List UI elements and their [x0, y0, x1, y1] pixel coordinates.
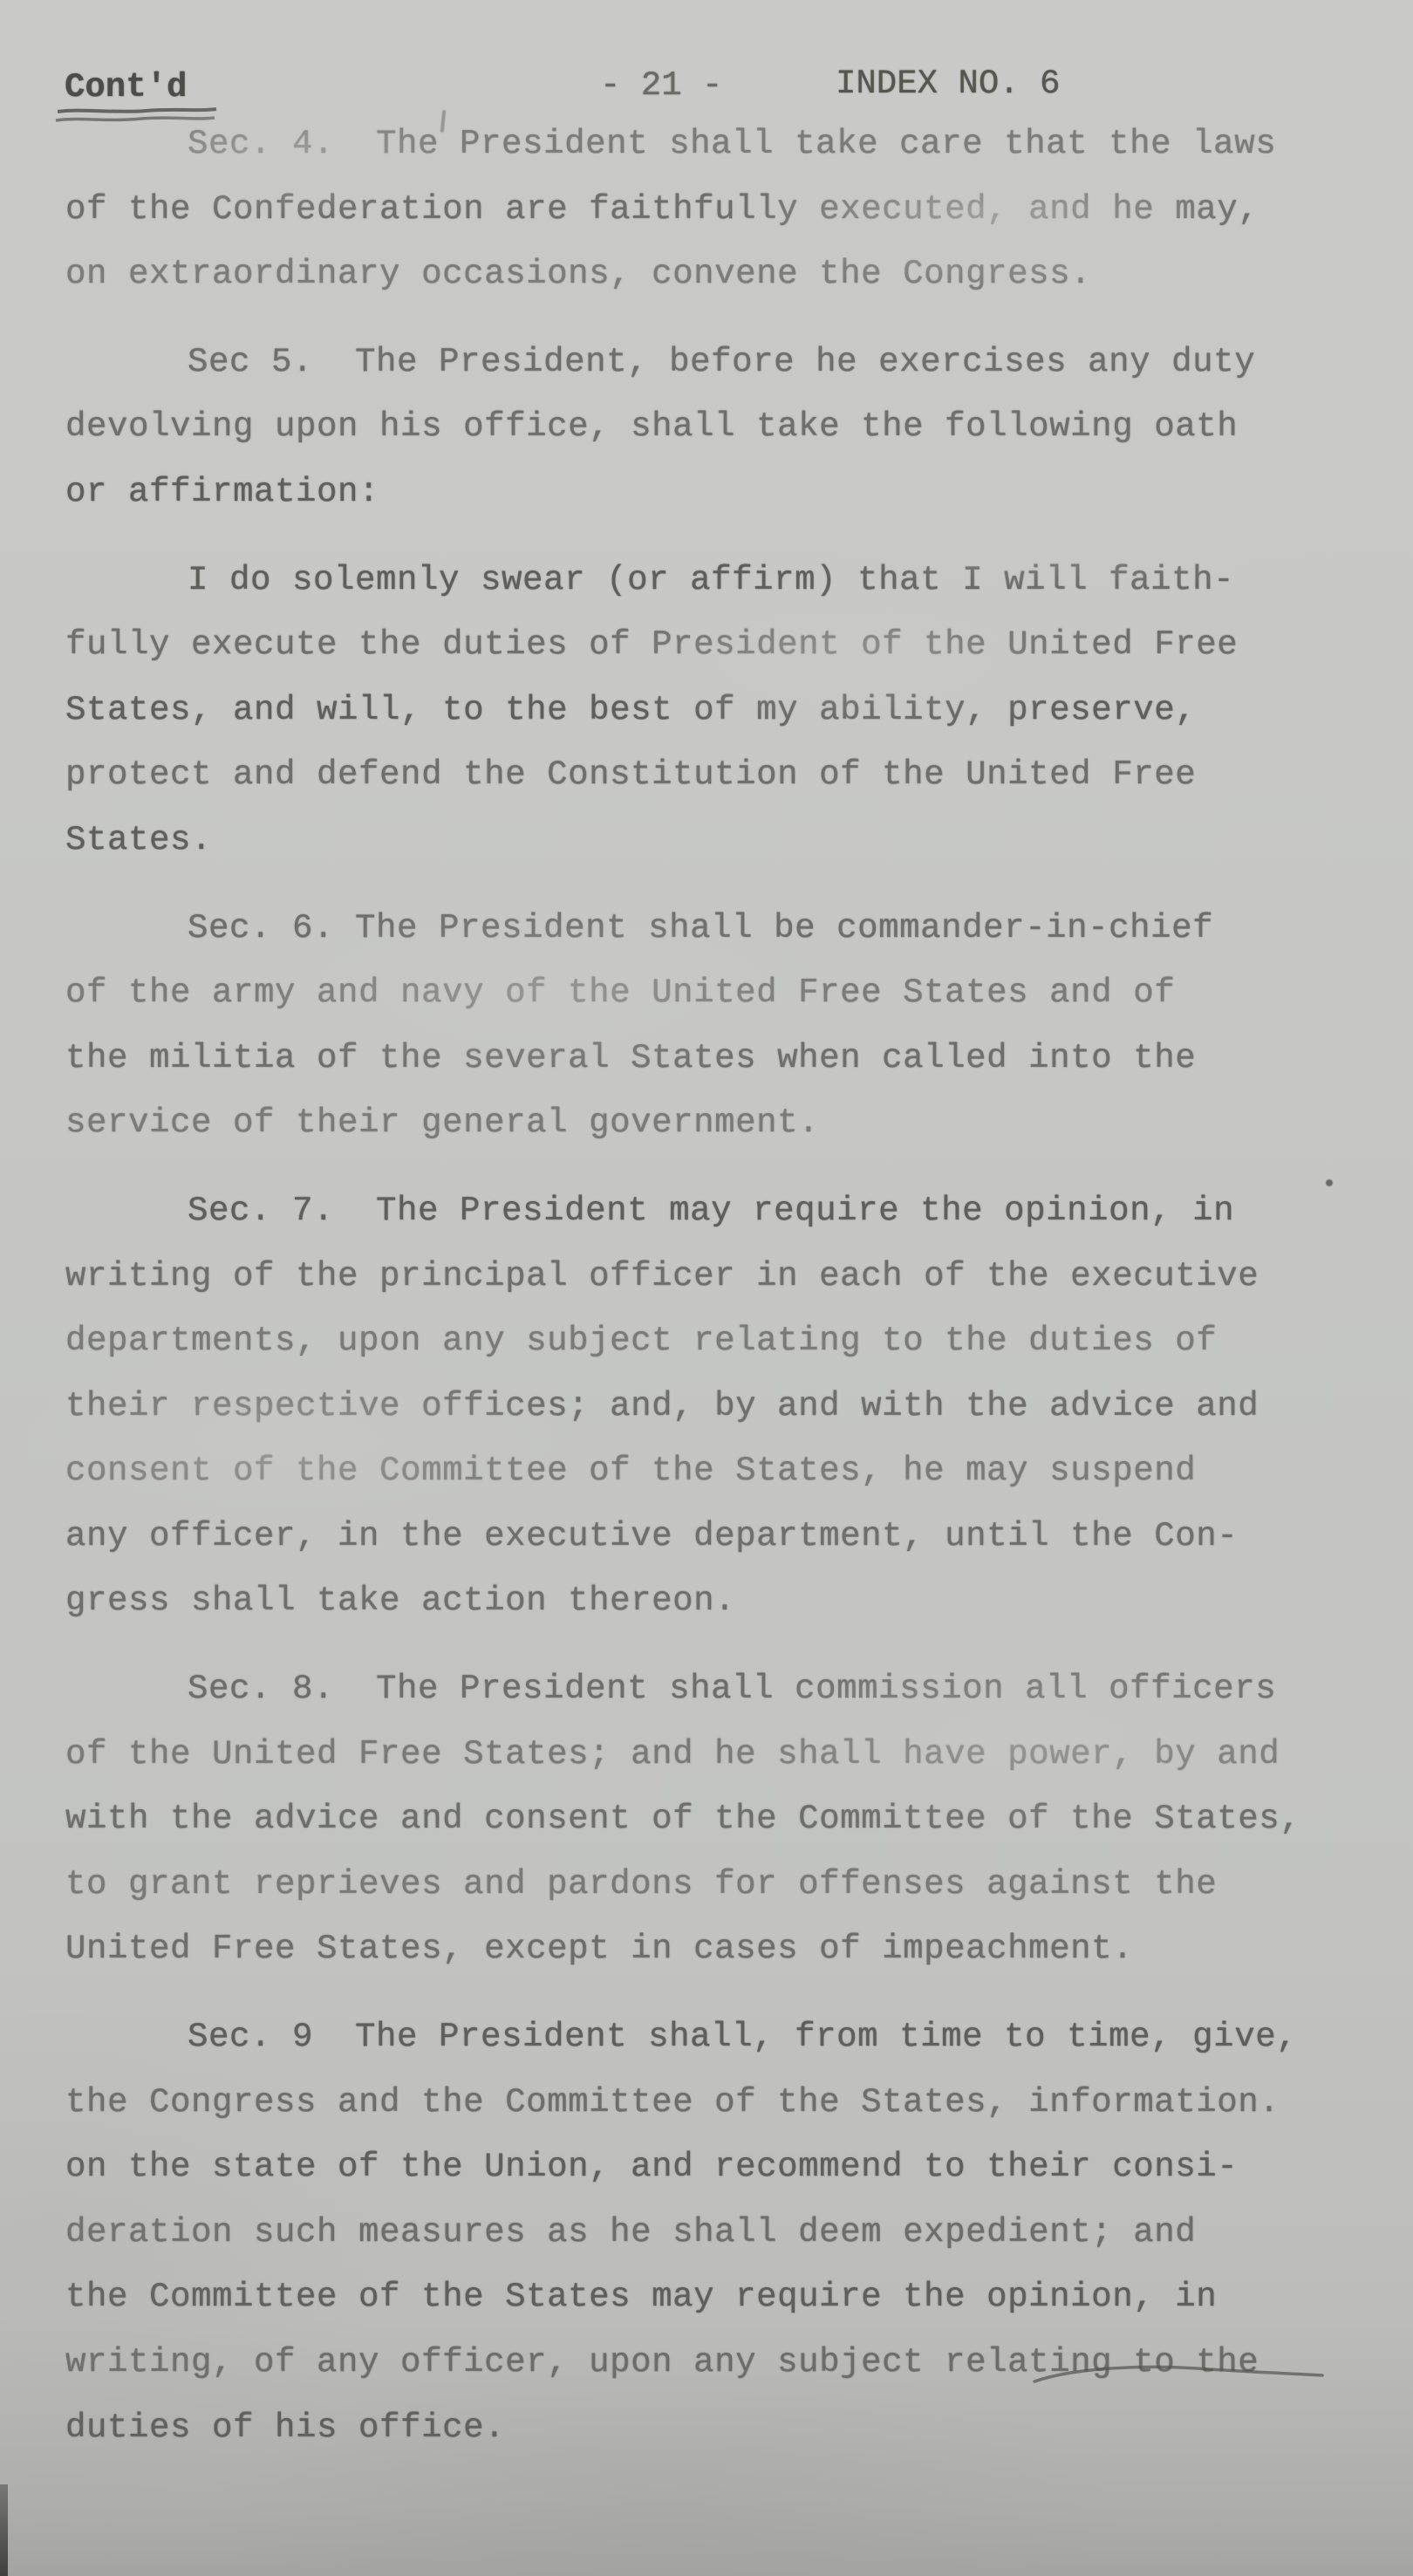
- text-line: deration such measures as he shall deem …: [65, 2200, 1356, 2265]
- text-line: duties of his office.: [65, 2395, 1356, 2461]
- text-line: I do solemnly swear (or affirm) that I w…: [65, 548, 1356, 613]
- text-line: on the state of the Union, and recommend…: [65, 2135, 1356, 2200]
- text-line: Sec. 8. The President shall commission a…: [65, 1657, 1356, 1722]
- text-line: to grant reprieves and pardons for offen…: [65, 1852, 1356, 1917]
- text-line: Sec. 4. The President shall take care th…: [65, 112, 1356, 177]
- paragraph-sec-4: Sec. 4. The President shall take care th…: [65, 112, 1356, 307]
- text-line: fully execute the duties of President of…: [65, 612, 1356, 678]
- text-line: on extraordinary occasions, convene the …: [65, 242, 1356, 307]
- text-line: service of their general government.: [65, 1090, 1356, 1156]
- text-line: departments, upon any subject relating t…: [65, 1308, 1356, 1374]
- paragraph-sec-7: Sec. 7. The President may require the op…: [65, 1179, 1356, 1634]
- paragraph-sec-5: Sec 5. The President, before he exercise…: [65, 330, 1356, 525]
- page-header: Cont'd - 21 - INDEX NO. 6: [0, 63, 1413, 115]
- text-line: with the advice and consent of the Commi…: [65, 1787, 1356, 1852]
- scanned-document-page: Cont'd - 21 - INDEX NO. 6 Sec. 4. The Pr…: [0, 0, 1413, 2576]
- margin-dot: [1326, 1179, 1333, 1186]
- text-line: Sec 5. The President, before he exercise…: [65, 330, 1356, 395]
- text-line: of the United Free States; and he shall …: [65, 1722, 1356, 1787]
- text-line: Sec. 7. The President may require the op…: [65, 1179, 1356, 1244]
- text-line: Sec. 9 The President shall, from time to…: [65, 2005, 1356, 2070]
- paragraph-sec-8: Sec. 8. The President shall commission a…: [65, 1657, 1356, 1982]
- text-line: gress shall take action thereon.: [65, 1568, 1356, 1634]
- text-line: the Committee of the States may require …: [65, 2265, 1356, 2330]
- pencil-mark: [1031, 2355, 1328, 2394]
- text-line: United Free States, except in cases of i…: [65, 1917, 1356, 1982]
- document-body: Sec. 4. The President shall take care th…: [65, 112, 1356, 2460]
- index-number: INDEX NO. 6: [836, 65, 1060, 103]
- text-line: of the Confederation are faithfully exec…: [65, 177, 1356, 243]
- text-line: Sec. 6. The President shall be commander…: [65, 896, 1356, 961]
- text-line: of the army and navy of the United Free …: [65, 960, 1356, 1026]
- text-line: or affirmation:: [65, 460, 1356, 525]
- text-line: States.: [65, 808, 1356, 873]
- text-line: the militia of the several States when c…: [65, 1026, 1356, 1091]
- paragraph-sec-6: Sec. 6. The President shall be commander…: [65, 896, 1356, 1156]
- continued-label: Cont'd: [65, 68, 187, 106]
- text-line: the Congress and the Committee of the St…: [65, 2070, 1356, 2135]
- text-line: States, and will, to the best of my abil…: [65, 678, 1356, 743]
- text-line: devolving upon his office, shall take th…: [65, 394, 1356, 460]
- text-line: writing of the principal officer in each…: [65, 1244, 1356, 1309]
- text-line: consent of the Committee of the States, …: [65, 1438, 1356, 1504]
- text-line: any officer, in the executive department…: [65, 1504, 1356, 1569]
- text-line: their respective offices; and, by and wi…: [65, 1374, 1356, 1439]
- text-line: protect and defend the Constitution of t…: [65, 742, 1356, 808]
- scan-edge-shadow: [0, 2484, 8, 2576]
- page-number: - 21 -: [600, 66, 722, 105]
- paragraph-oath: I do solemnly swear (or affirm) that I w…: [65, 548, 1356, 873]
